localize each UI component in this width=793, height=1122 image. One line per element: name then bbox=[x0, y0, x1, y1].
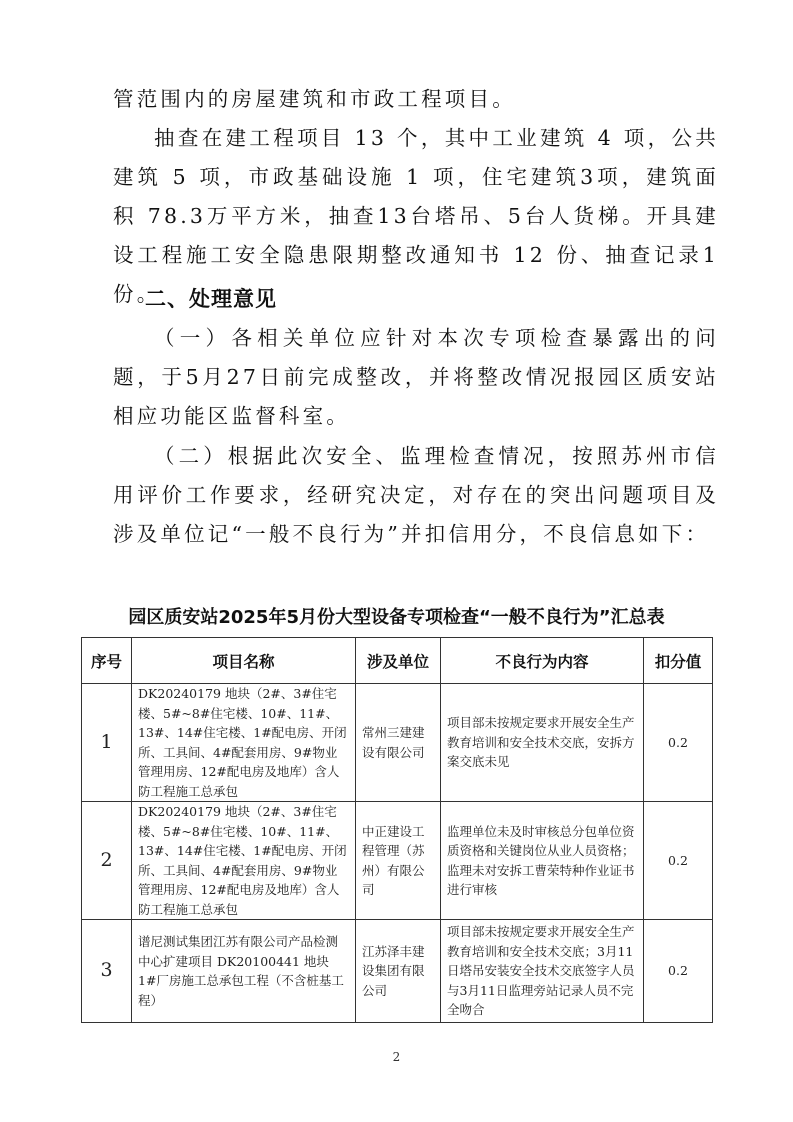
cell-unit: 江苏泽丰建设集团有限公司 bbox=[356, 920, 441, 1023]
cell-project: DK20240179 地块（2#、3#住宅楼、5#~8#住宅楼、10#、11#、… bbox=[132, 802, 356, 920]
cell-seq: 3 bbox=[82, 920, 132, 1023]
header-seq: 序号 bbox=[82, 638, 132, 684]
cell-unit: 常州三建建设有限公司 bbox=[356, 684, 441, 802]
cell-project: 谱尼测试集团江苏有限公司产品检测中心扩建项目 DK20100441 地块 1#厂… bbox=[132, 920, 356, 1023]
paragraph-opinion-2: （二）根据此次安全、监理检查情况，按照苏州市信用评价工作要求，经研究决定，对存在… bbox=[113, 437, 719, 554]
cell-score: 0.2 bbox=[644, 684, 713, 802]
cell-behavior: 项目部未按规定要求开展安全生产教育培训和安全技术交底，安拆方案交底未见 bbox=[441, 684, 644, 802]
header-project: 项目名称 bbox=[132, 638, 356, 684]
page-number: 2 bbox=[0, 1050, 793, 1064]
cell-score: 0.2 bbox=[644, 802, 713, 920]
paragraph-opinion-1: （一）各相关单位应针对本次专项检查暴露出的问题，于5月27日前完成整改，并将整改… bbox=[113, 319, 719, 436]
cell-unit: 中正建设工程管理（苏州）有限公司 bbox=[356, 802, 441, 920]
cell-score: 0.2 bbox=[644, 920, 713, 1023]
table-title: 园区质安站2025年5月份大型设备专项检查“一般不良行为”汇总表 bbox=[0, 603, 793, 629]
cell-seq: 2 bbox=[82, 802, 132, 920]
table-header-row: 序号 项目名称 涉及单位 不良行为内容 扣分值 bbox=[82, 638, 713, 684]
table-row: 2 DK20240179 地块（2#、3#住宅楼、5#~8#住宅楼、10#、11… bbox=[82, 802, 713, 920]
paragraph-continuation: 管范围内的房屋建筑和市政工程项目。 bbox=[113, 80, 719, 119]
table-row: 1 DK20240179 地块（2#、3#住宅楼、5#~8#住宅楼、10#、11… bbox=[82, 684, 713, 802]
header-score: 扣分值 bbox=[644, 638, 713, 684]
section-heading: 二、处理意见 bbox=[145, 283, 277, 313]
cell-behavior: 项目部未按规定要求开展安全生产教育培训和安全技术交底；3月11日塔吊安装安全技术… bbox=[441, 920, 644, 1023]
cell-behavior: 监理单位未及时审核总分包单位资质资格和关键岗位从业人员资格；监理未对安拆工曹荣特… bbox=[441, 802, 644, 920]
cell-seq: 1 bbox=[82, 684, 132, 802]
bad-behavior-table: 序号 项目名称 涉及单位 不良行为内容 扣分值 1 DK20240179 地块（… bbox=[81, 637, 713, 1023]
header-unit: 涉及单位 bbox=[356, 638, 441, 684]
header-behavior: 不良行为内容 bbox=[441, 638, 644, 684]
cell-project: DK20240179 地块（2#、3#住宅楼、5#~8#住宅楼、10#、11#、… bbox=[132, 684, 356, 802]
table-row: 3 谱尼测试集团江苏有限公司产品检测中心扩建项目 DK20100441 地块 1… bbox=[82, 920, 713, 1023]
